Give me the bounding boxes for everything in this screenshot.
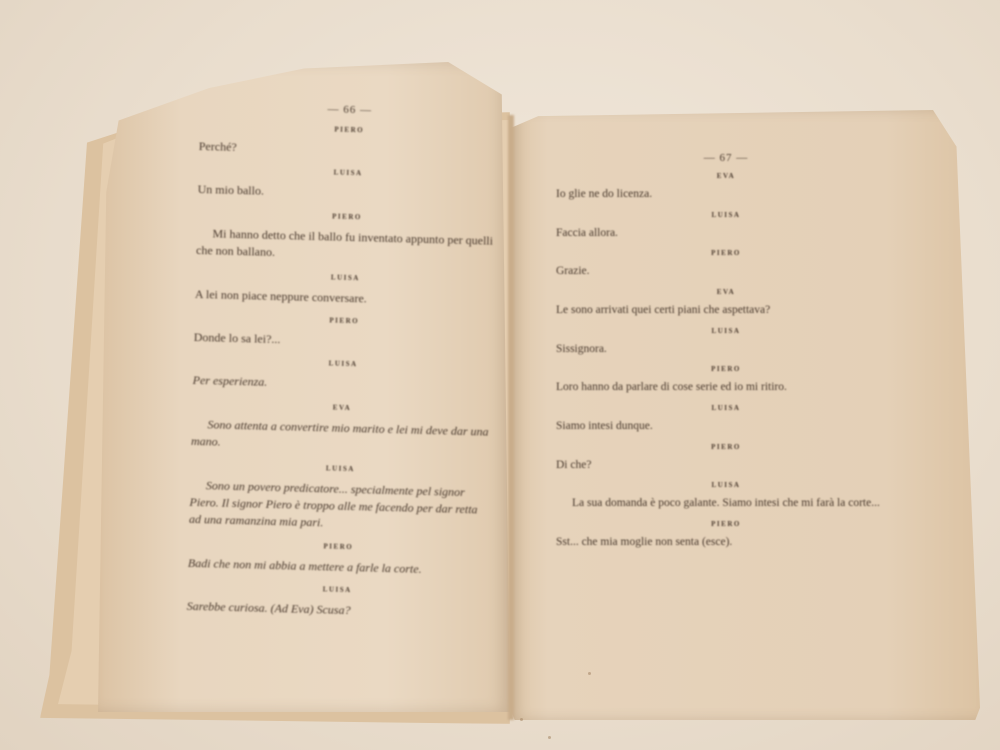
speaker-name: PIERO — [556, 365, 896, 373]
dialogue-line: Le sono arrivati quei certi piani che as… — [556, 302, 896, 319]
dialogue-line: Badi che non mi abbia a mettere a farle … — [188, 555, 488, 580]
speaker-name: LUISA — [190, 460, 490, 476]
speaker-name: PIERO — [194, 313, 494, 329]
dialogue-line: Sissignora. — [556, 341, 896, 358]
book-spine-gutter — [508, 115, 514, 720]
dialogue-line: Sst... che mia moglie non senta (esce). — [556, 534, 896, 551]
speaker-name: PIERO — [197, 209, 497, 225]
paper-spot — [548, 736, 551, 739]
dialogue-line: Mi hanno detto che il ballo fu inventato… — [196, 225, 497, 268]
speaker-name: PIERO — [556, 520, 896, 528]
speaker-name: LUISA — [198, 165, 498, 181]
speaker-name: EVA — [556, 288, 896, 296]
speaker-name: EVA — [556, 172, 896, 180]
page-number: — 67 — — [556, 152, 896, 164]
speaker-name: LUISA — [556, 481, 896, 489]
paper-spot — [520, 718, 523, 721]
dialogue-line: Sono attenta a convertire mio marito e l… — [191, 416, 492, 459]
dialogue-line: Io glie ne do licenza. — [556, 186, 896, 203]
dialogue-line: Loro hanno da parlare di cose serie ed i… — [556, 379, 896, 396]
speaker-name: PIERO — [556, 443, 896, 451]
speaker-name: LUISA — [193, 356, 493, 372]
paper-spot — [588, 672, 591, 675]
dialogue-line: La sua domanda è poco galante. Siamo int… — [556, 495, 896, 512]
dialogue-line: Perché? — [199, 138, 499, 163]
dialogue-line: Sarebbe curiosa. (Ad Eva) Scusa? — [187, 598, 487, 623]
speaker-name: LUISA — [195, 270, 495, 286]
dialogue-line: Sono un povero predicatore... specialmen… — [189, 476, 490, 536]
speaker-name: EVA — [192, 400, 492, 416]
speaker-name: PIERO — [199, 122, 499, 138]
dialogue-line: A lei non piace neppure conversare. — [195, 285, 495, 310]
dialogue-line: Grazie. — [556, 263, 896, 280]
dialogue-line: Donde lo sa lei?... — [194, 329, 494, 354]
speaker-name: LUISA — [556, 211, 896, 219]
dialogue-line: Siamo intesi dunque. — [556, 418, 896, 435]
dialogue-line: Per esperienza. — [192, 372, 492, 397]
speaker-name: LUISA — [187, 582, 487, 598]
speaker-name: LUISA — [556, 404, 896, 412]
dialogue-line: Un mio ballo. — [197, 181, 497, 206]
left-page-text: — 66 — PIEROPerché?LUISAUn mio ballo.PIE… — [186, 100, 500, 629]
right-page-text: — 67 — EVAIo glie ne do licenza.LUISAFac… — [556, 152, 896, 555]
speaker-name: PIERO — [556, 249, 896, 257]
dialogue-line: Faccia allora. — [556, 225, 896, 242]
speaker-name: PIERO — [188, 539, 488, 555]
speaker-name: LUISA — [556, 327, 896, 335]
dialogue-line: Di che? — [556, 457, 896, 474]
